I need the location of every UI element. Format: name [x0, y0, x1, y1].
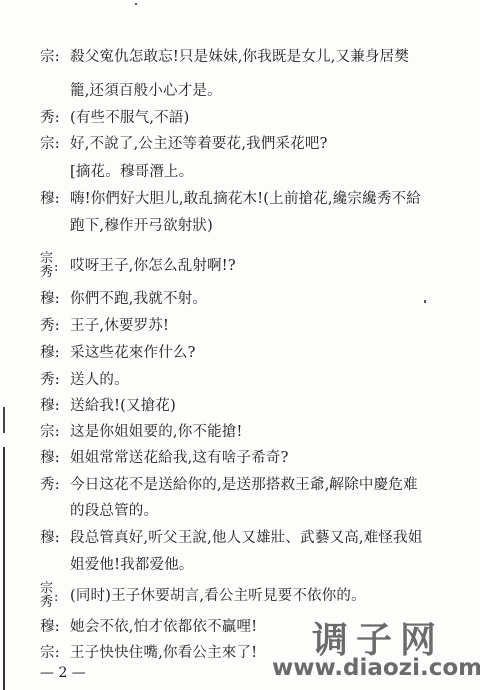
dialogue-text: 她会不依,怕才依都依不贏哩!: [70, 619, 257, 635]
dialogue-text: 殺父寃仇怎敢忘!只是妹妹,你我既是女儿,又兼身居樊: [70, 49, 409, 65]
speaker-label: 穆:: [40, 448, 70, 468]
dialogue-line: 穆:采这些花來作什么?: [40, 343, 196, 363]
speaker-label: 穆:: [40, 343, 70, 363]
speaker-label: 秀:: [40, 316, 70, 336]
dialogue-continuation: 姐爱他!我都爱他。: [70, 555, 194, 575]
dialogue-line: 秀:送人的。: [40, 370, 129, 390]
speaker-colon: :: [54, 261, 59, 275]
speaker-label: 秀:: [40, 108, 70, 128]
speaker-label: 秀:: [40, 475, 70, 495]
dialogue-text: 王子快快住嘴,你看公主來了!: [70, 645, 257, 661]
dialogue-text: 这是你姐姐要的,你不能搶!: [70, 424, 243, 440]
dialogue-line: 宗秀:(同时)王子休要胡言,看公主听見要不依你的。: [40, 582, 366, 610]
speaker-label: 穆:: [40, 189, 70, 209]
dialogue-line: 宗:这是你姐姐要的,你不能搶!: [40, 422, 243, 442]
scan-speck: [135, 3, 137, 5]
dialogue-text: 王子,休要罗苏!: [70, 318, 169, 334]
dialogue-text: 嗨!你們好大胆儿,敢乱摘花木!(上前搶花,纔宗纔秀不給: [70, 191, 421, 207]
dialogue-text: 送人的。: [70, 372, 129, 388]
speaker-label: 宗:: [40, 134, 70, 154]
script-page: 宗:殺父寃仇怎敢忘!只是妹妹,你我既是女儿,又兼身居樊 籠,还須百般小心才是。 …: [0, 0, 480, 690]
dialogue-text: 哎呀王子,你怎么乱射啊!?: [70, 258, 236, 274]
speaker-label: 宗:: [40, 422, 70, 442]
dialogue-text: 姐姐常常送花給我,这有啥子希奇?: [70, 450, 289, 466]
speaker-label: 穆:: [40, 528, 70, 548]
scan-speck: [424, 300, 426, 303]
dialogue-line: 宗:好,不說了,公主还等着要花,我們采花吧?: [40, 134, 328, 154]
speaker-label: 穆:: [40, 289, 70, 309]
stage-direction: (有些不服气,不語): [70, 110, 189, 126]
dialogue-text: 今日这花不是送給你的,是送那搭救王爺,解除中慶危难: [70, 477, 418, 493]
dialogue-line: 穆:你們不跑,我就不射。: [40, 289, 207, 309]
dialogue-text: 采这些花來作什么?: [70, 345, 196, 361]
dialogue-line: 穆:嗨!你們好大胆儿,敢乱摘花木!(上前搶花,纔宗纔秀不給: [40, 189, 421, 209]
dialogue-continuation: 籠,还須百般小心才是。: [70, 81, 222, 101]
dialogue-line: 穆:她会不依,怕才依都依不贏哩!: [40, 617, 257, 637]
dialogue-text: 送給我!(又搶花): [70, 398, 176, 414]
scan-edge-mark: [3, 407, 5, 433]
stage-direction: 跑下,穆作开弓欲射狀): [70, 216, 213, 236]
speaker-label: 宗:: [40, 643, 70, 663]
dialogue-line: 秀:今日这花不是送給你的,是送那搭救王爺,解除中慶危难: [40, 475, 418, 495]
dialogue-line: 秀:(有些不服气,不語): [40, 108, 189, 128]
dialogue-line: 穆:段总管真好,听父王說,他人又雄壯、武藝又高,难怪我姐: [40, 528, 423, 548]
stage-direction: [摘花。穆哥潛上。: [70, 162, 193, 182]
dialogue-line: 宗秀:哎呀王子,你怎么乱射啊!?: [40, 252, 236, 280]
speaker-label: 穆:: [40, 617, 70, 637]
scan-speck: [330, 484, 332, 488]
joint-speaker-label: 宗秀:: [40, 582, 70, 610]
joint-speaker-label: 宗秀:: [40, 252, 70, 280]
dialogue-continuation: 的段总管的。: [70, 501, 158, 521]
speaker-label: 穆:: [40, 396, 70, 416]
dialogue-text: 你們不跑,我就不射。: [70, 291, 207, 307]
dialogue-text: 段总管真好,听父王說,他人又雄壯、武藝又高,难怪我姐: [70, 530, 423, 546]
dialogue-line: 宗:王子快快住嘴,你看公主來了!: [40, 643, 257, 663]
scan-edge-line: [3, 447, 5, 690]
dialogue-text: (同时)王子休要胡言,看公主听見要不依你的。: [70, 588, 366, 604]
speaker-colon: :: [54, 591, 59, 605]
watermark-url: www.diaozi.com: [272, 655, 480, 681]
speaker-label: 宗:: [40, 47, 70, 67]
dialogue-line: 秀:王子,休要罗苏!: [40, 316, 169, 336]
page-number: — 2 —: [40, 665, 86, 681]
dialogue-line: 穆:姐姐常常送花給我,这有啥子希奇?: [40, 448, 289, 468]
speaker-label: 秀:: [40, 370, 70, 390]
dialogue-text: 好,不說了,公主还等着要花,我們采花吧?: [70, 136, 328, 152]
dialogue-line: 穆:送給我!(又搶花): [40, 396, 176, 416]
dialogue-line: 宗:殺父寃仇怎敢忘!只是妹妹,你我既是女儿,又兼身居樊: [40, 47, 409, 67]
